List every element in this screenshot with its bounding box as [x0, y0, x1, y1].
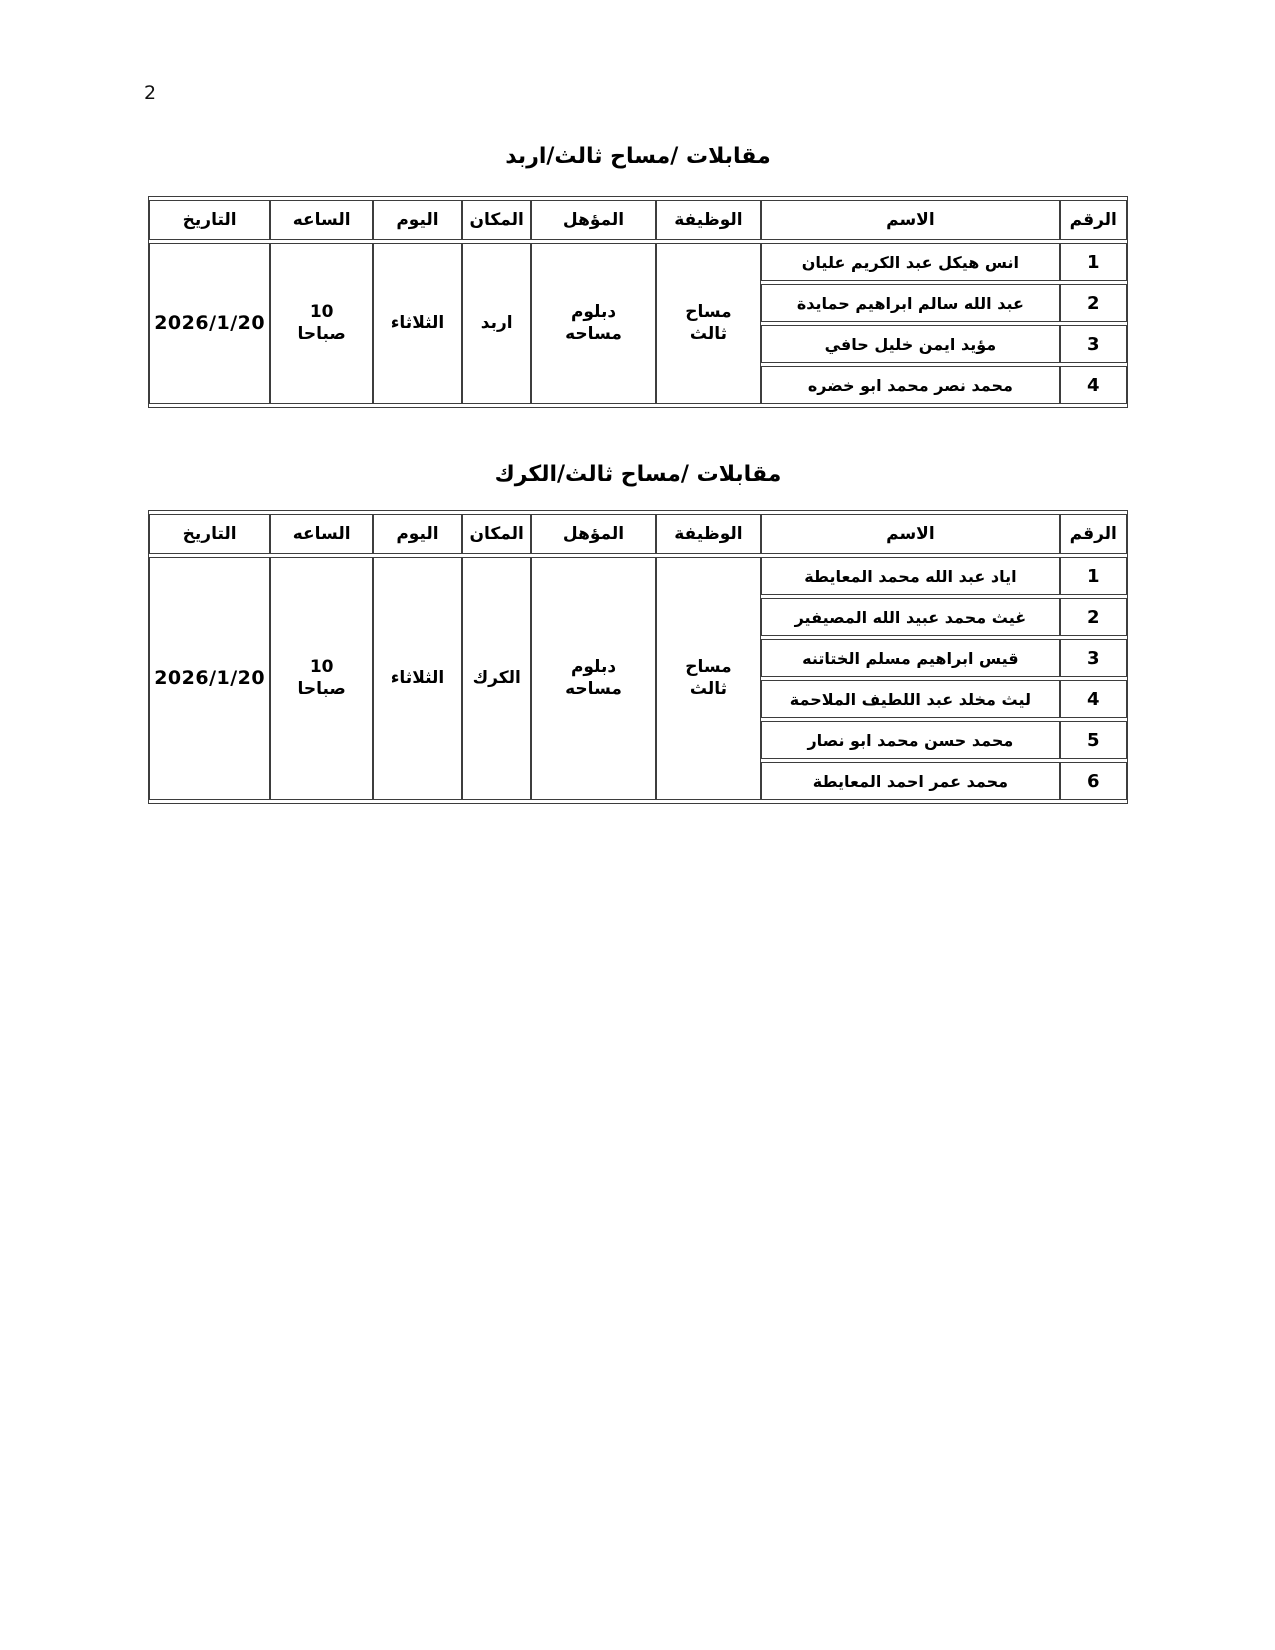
- row-number: 3: [1060, 325, 1127, 363]
- page-content: مقابلات /مساح ثالث/اربد الرقم الاسم الوظ…: [148, 140, 1128, 804]
- candidate-name: عبد الله سالم ابراهيم حمايدة: [761, 284, 1059, 322]
- candidate-name: غيث محمد عبيد الله المصيفير: [761, 598, 1059, 636]
- qualification-cell: دبلوم مساحه: [531, 243, 655, 404]
- row-number: 1: [1060, 557, 1127, 595]
- candidate-name: اياد عبد الله محمد المعايطة: [761, 557, 1059, 595]
- job-line1: مساح: [661, 657, 757, 678]
- day-cell: الثلاثاء: [373, 557, 462, 800]
- day-cell: الثلاثاء: [373, 243, 462, 404]
- qualification-line2: مساحه: [536, 679, 650, 700]
- section-title-karak: مقابلات /مساح ثالث/الكرك: [148, 458, 1128, 492]
- interviews-table-karak: الرقم الاسم الوظيفة المؤهل المكان اليوم …: [148, 510, 1128, 804]
- qualification-line1: دبلوم: [536, 302, 650, 323]
- row-number: 4: [1060, 366, 1127, 404]
- hour-cell: 10 صباحا: [270, 557, 373, 800]
- candidate-name: مؤيد ايمن خليل حافي: [761, 325, 1059, 363]
- row-number: 2: [1060, 284, 1127, 322]
- header-job: الوظيفة: [656, 200, 762, 240]
- header-place: المكان: [462, 200, 531, 240]
- row-number: 4: [1060, 680, 1127, 718]
- section-title-irbid: مقابلات /مساح ثالث/اربد: [148, 140, 1128, 174]
- place-cell: الكرك: [462, 557, 531, 800]
- row-number: 2: [1060, 598, 1127, 636]
- header-date: التاريخ: [149, 200, 270, 240]
- header-day: اليوم: [373, 514, 462, 554]
- header-job: الوظيفة: [656, 514, 762, 554]
- hour-line1: 10: [275, 302, 368, 323]
- row-number: 6: [1060, 762, 1127, 800]
- place-cell: اربد: [462, 243, 531, 404]
- hour-cell: 10 صباحا: [270, 243, 373, 404]
- candidate-name: انس هيكل عبد الكريم عليان: [761, 243, 1059, 281]
- date-cell: 2026/1/20: [149, 557, 270, 800]
- candidate-name: محمد عمر احمد المعايطة: [761, 762, 1059, 800]
- candidate-name: محمد حسن محمد ابو نصار: [761, 721, 1059, 759]
- interviews-table-irbid: الرقم الاسم الوظيفة المؤهل المكان اليوم …: [148, 196, 1128, 408]
- job-cell: مساح ثالث: [656, 557, 762, 800]
- table-header-row: الرقم الاسم الوظيفة المؤهل المكان اليوم …: [149, 514, 1127, 554]
- job-line2: ثالث: [661, 324, 757, 345]
- header-name: الاسم: [761, 514, 1059, 554]
- hour-line2: صباحا: [275, 324, 368, 345]
- header-number: الرقم: [1060, 200, 1127, 240]
- header-place: المكان: [462, 514, 531, 554]
- job-line1: مساح: [661, 302, 757, 323]
- header-number: الرقم: [1060, 514, 1127, 554]
- table-row: 1 اياد عبد الله محمد المعايطة مساح ثالث …: [149, 557, 1127, 595]
- date-cell: 2026/1/20: [149, 243, 270, 404]
- header-qualification: المؤهل: [531, 514, 655, 554]
- qualification-cell: دبلوم مساحه: [531, 557, 655, 800]
- header-qualification: المؤهل: [531, 200, 655, 240]
- row-number: 5: [1060, 721, 1127, 759]
- job-cell: مساح ثالث: [656, 243, 762, 404]
- row-number: 3: [1060, 639, 1127, 677]
- candidate-name: قيس ابراهيم مسلم الختاتنه: [761, 639, 1059, 677]
- page-number: 2: [144, 82, 156, 104]
- job-line2: ثالث: [661, 679, 757, 700]
- header-name: الاسم: [761, 200, 1059, 240]
- header-hour: الساعه: [270, 200, 373, 240]
- hour-line1: 10: [275, 657, 368, 678]
- header-date: التاريخ: [149, 514, 270, 554]
- candidate-name: ليث مخلد عبد اللطيف الملاحمة: [761, 680, 1059, 718]
- hour-line2: صباحا: [275, 679, 368, 700]
- qualification-line1: دبلوم: [536, 657, 650, 678]
- qualification-line2: مساحه: [536, 324, 650, 345]
- document-page: 2 مقابلات /مساح ثالث/اربد الرقم الاسم ال…: [0, 0, 1275, 1650]
- header-hour: الساعه: [270, 514, 373, 554]
- header-day: اليوم: [373, 200, 462, 240]
- candidate-name: محمد نصر محمد ابو خضره: [761, 366, 1059, 404]
- table-row: 1 انس هيكل عبد الكريم عليان مساح ثالث دب…: [149, 243, 1127, 281]
- row-number: 1: [1060, 243, 1127, 281]
- table-header-row: الرقم الاسم الوظيفة المؤهل المكان اليوم …: [149, 200, 1127, 240]
